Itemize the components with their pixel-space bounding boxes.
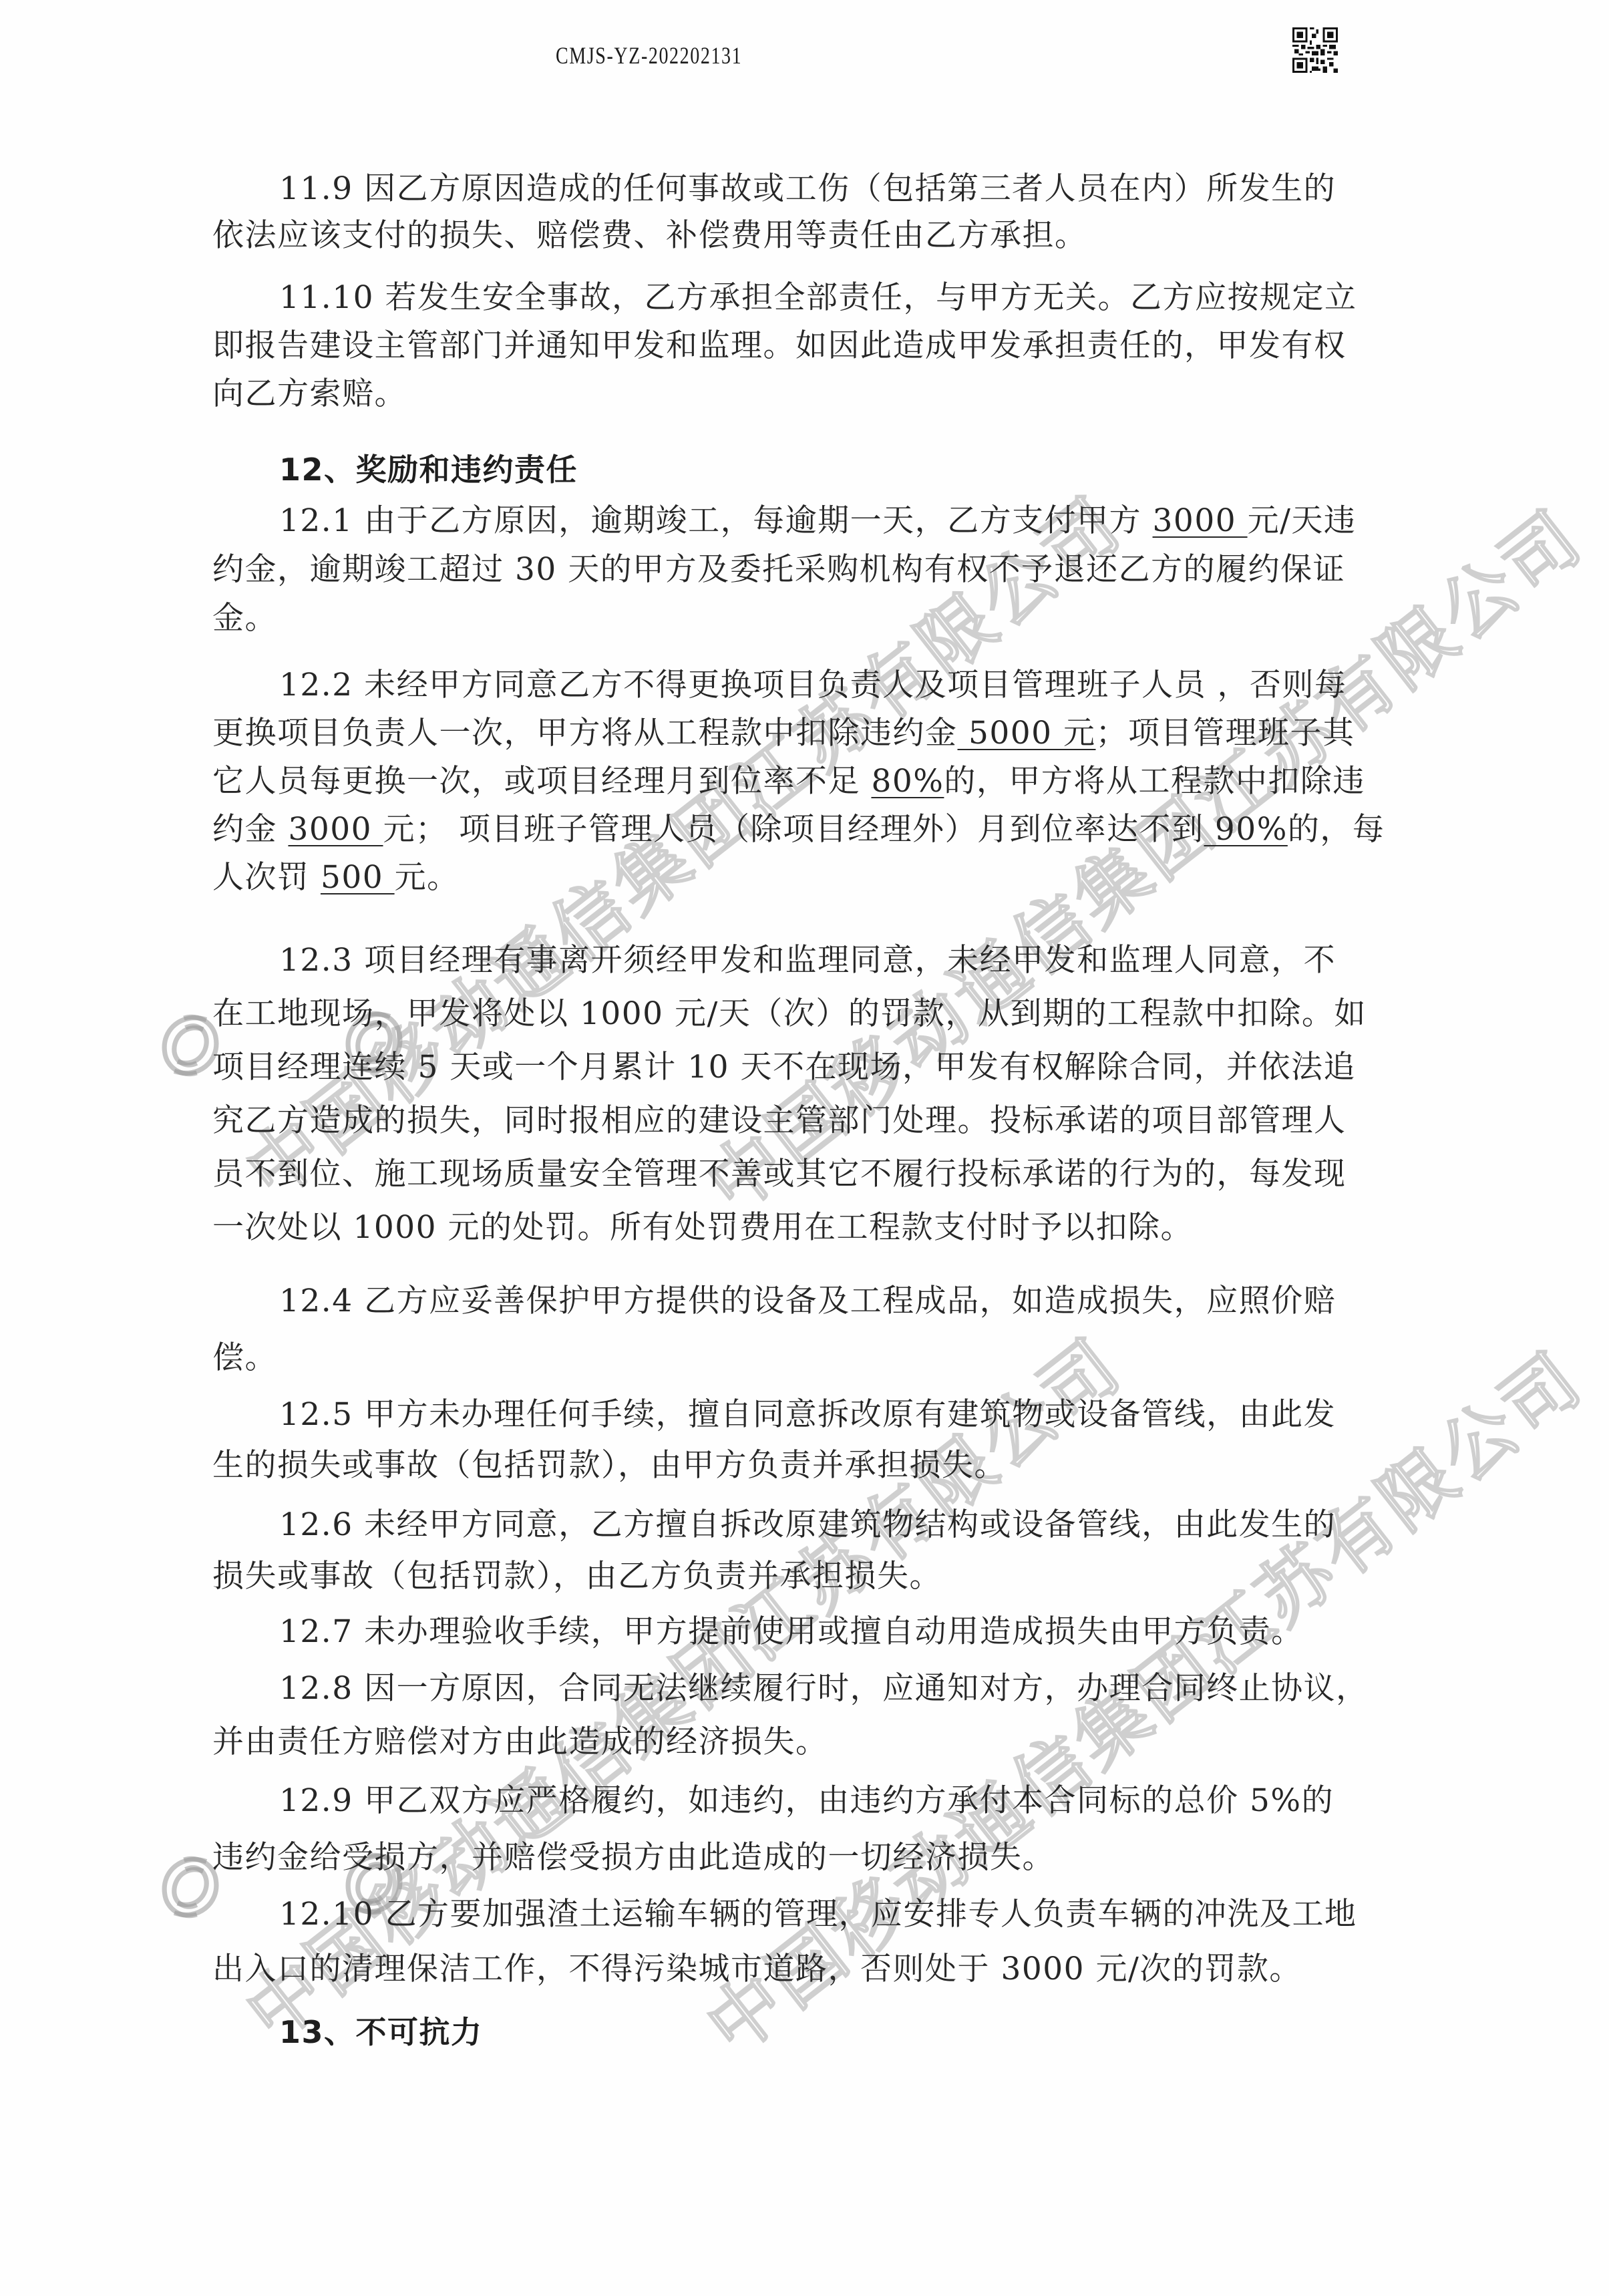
clause-line: 金。 — [212, 600, 277, 637]
clause-line: 12.3 项目经理有事离开须经甲发和监理同意，未经甲发和监理人同意，不 — [279, 942, 1336, 979]
clause-line: 11.9 因乙方原因造成的任何事故或工伤（包括第三者人员在内）所发生的 — [279, 170, 1336, 208]
clause-line: 损失或事故（包括罚款），由乙方负责并承担损失。 — [212, 1558, 942, 1595]
underlined-value: 500 — [321, 859, 395, 896]
clause-text: 元； 项目班子管理人员（除项目经理外）月到位率达不到 — [383, 811, 1204, 848]
underlined-value: 90% — [1204, 811, 1287, 848]
clause-line: 向乙方索赔。 — [212, 375, 407, 413]
clause-line: 即报告建设主管部门并通知甲发和监理。如因此造成甲发承担责任的，甲发有权 — [212, 327, 1347, 365]
clause-line: 员不到位、施工现场质量安全管理不善或其它不履行投标承诺的行为的，每发现 — [212, 1156, 1347, 1193]
clause-line: 12.7 未办理验收手续，甲方提前使用或擅自动用造成损失由甲方负责。 — [279, 1613, 1304, 1651]
clause-text: 人次罚 — [212, 859, 321, 896]
clause-text: 更换项目负责人一次，甲方将从工程款中扣除违约金 — [212, 715, 958, 752]
clause-text: 12.1 由于乙方原因，逾期竣工，每逾期一天，乙方支付甲方 — [279, 502, 1153, 539]
clause-line: 12.2 未经甲方同意乙方不得更换项目负责人及项目管理班子人员 ，否则每 — [279, 667, 1347, 704]
clause-line: 一次处以 1000 元的处罚。所有处罚费用在工程款支付时予以扣除。 — [212, 1209, 1193, 1247]
underlined-value: 5000 元 — [958, 715, 1096, 752]
clause-line: 11.10 若发生安全事故，乙方承担全部责任，与甲方无关。乙方应按规定立 — [279, 279, 1357, 317]
clause-text: 元/天违 — [1248, 502, 1357, 539]
clause-line: 12.9 甲乙双方应严格履约，如违约，由违约方承付本合同标的总价 5%的 — [279, 1782, 1334, 1820]
clause-text: ；项目管理班子其 — [1096, 715, 1355, 752]
clause-line: 究乙方造成的损失，同时报相应的建设主管部门处理。投标承诺的项目部管理人 — [212, 1102, 1347, 1140]
clause-line: 偿。 — [212, 1339, 277, 1377]
underlined-value: 3000 — [288, 811, 383, 848]
section-heading: 12、奖励和违约责任 — [279, 451, 578, 488]
clause-line: 人次罚 500 元。 — [212, 859, 460, 896]
clause-text: 元。 — [395, 859, 460, 896]
clause-line: 12.8 因一方原因，合同无法继续履行时，应通知对方，办理合同终止协议， — [279, 1670, 1369, 1707]
clause-line: 12.4 乙方应妥善保护甲方提供的设备及工程成品，如造成损失，应照价赔 — [279, 1283, 1336, 1320]
clause-line: 在工地现场，甲发将处以 1000 元/天（次）的罚款，从到期的工程款中扣除。如 — [212, 995, 1367, 1033]
underlined-value: 3000 — [1153, 502, 1248, 539]
underlined-value: 80% — [871, 763, 944, 800]
qr-code-icon — [1292, 27, 1338, 73]
clause-text: 的，每 — [1288, 811, 1385, 848]
clause-line: 项目经理连续 5 天或一个月累计 10 天不在现场，甲发有权解除合同，并依法追 — [212, 1049, 1356, 1086]
document-number: CMJS-YZ-202202131 — [556, 41, 742, 69]
clause-line: 违约金给受损方，并赔偿受损方由此造成的一切经济损失。 — [212, 1839, 1055, 1876]
document-page: 中国移动通信集团江苏有限公司 中国移动通信集团江苏有限公司 中国移动通信集团江苏… — [0, 0, 1609, 2296]
clause-text: 它人员每更换一次，或项目经理月到位率不足 — [212, 763, 871, 800]
clause-text: 约金 — [212, 811, 288, 848]
clause-line: 12.1 由于乙方原因，逾期竣工，每逾期一天，乙方支付甲方 3000 元/天违 — [279, 502, 1356, 540]
clause-line: 12.6 未经甲方同意，乙方擅自拆改原建筑物结构或设备管线，由此发生的 — [279, 1506, 1336, 1544]
section-heading: 13、不可抗力 — [279, 2013, 483, 2051]
clause-line: 更换项目负责人一次，甲方将从工程款中扣除违约金 5000 元；项目管理班子其 — [212, 715, 1355, 752]
clause-line: 出入口的清理保洁工作，不得污染城市道路，否则处于 3000 元/次的罚款。 — [212, 1951, 1302, 1988]
clause-line: 约金，逾期竣工超过 30 天的甲方及委托采购机构有权不予退还乙方的履约保证 — [212, 551, 1345, 589]
clause-line: 约金 3000 元； 项目班子管理人员（除项目经理外）月到位率达不到 90%的，… — [212, 811, 1385, 848]
clause-text: 的，甲方将从工程款中扣除违 — [944, 763, 1365, 800]
clause-line: 依法应该支付的损失、赔偿费、补偿费用等责任由乙方承担。 — [212, 217, 1087, 255]
clause-line: 12.5 甲方未办理任何手续，擅自同意拆改原有建筑物或设备管线，由此发 — [279, 1396, 1336, 1434]
clause-line: 生的损失或事故（包括罚款），由甲方负责并承担损失。 — [212, 1447, 1007, 1484]
clause-line: 并由责任方赔偿对方由此造成的经济损失。 — [212, 1724, 828, 1761]
clause-line: 它人员每更换一次，或项目经理月到位率不足 80%的，甲方将从工程款中扣除违 — [212, 763, 1365, 800]
clause-line: 12.10 乙方要加强渣土运输车辆的管理，应安排专人负责车辆的冲洗及工地 — [279, 1896, 1357, 1933]
